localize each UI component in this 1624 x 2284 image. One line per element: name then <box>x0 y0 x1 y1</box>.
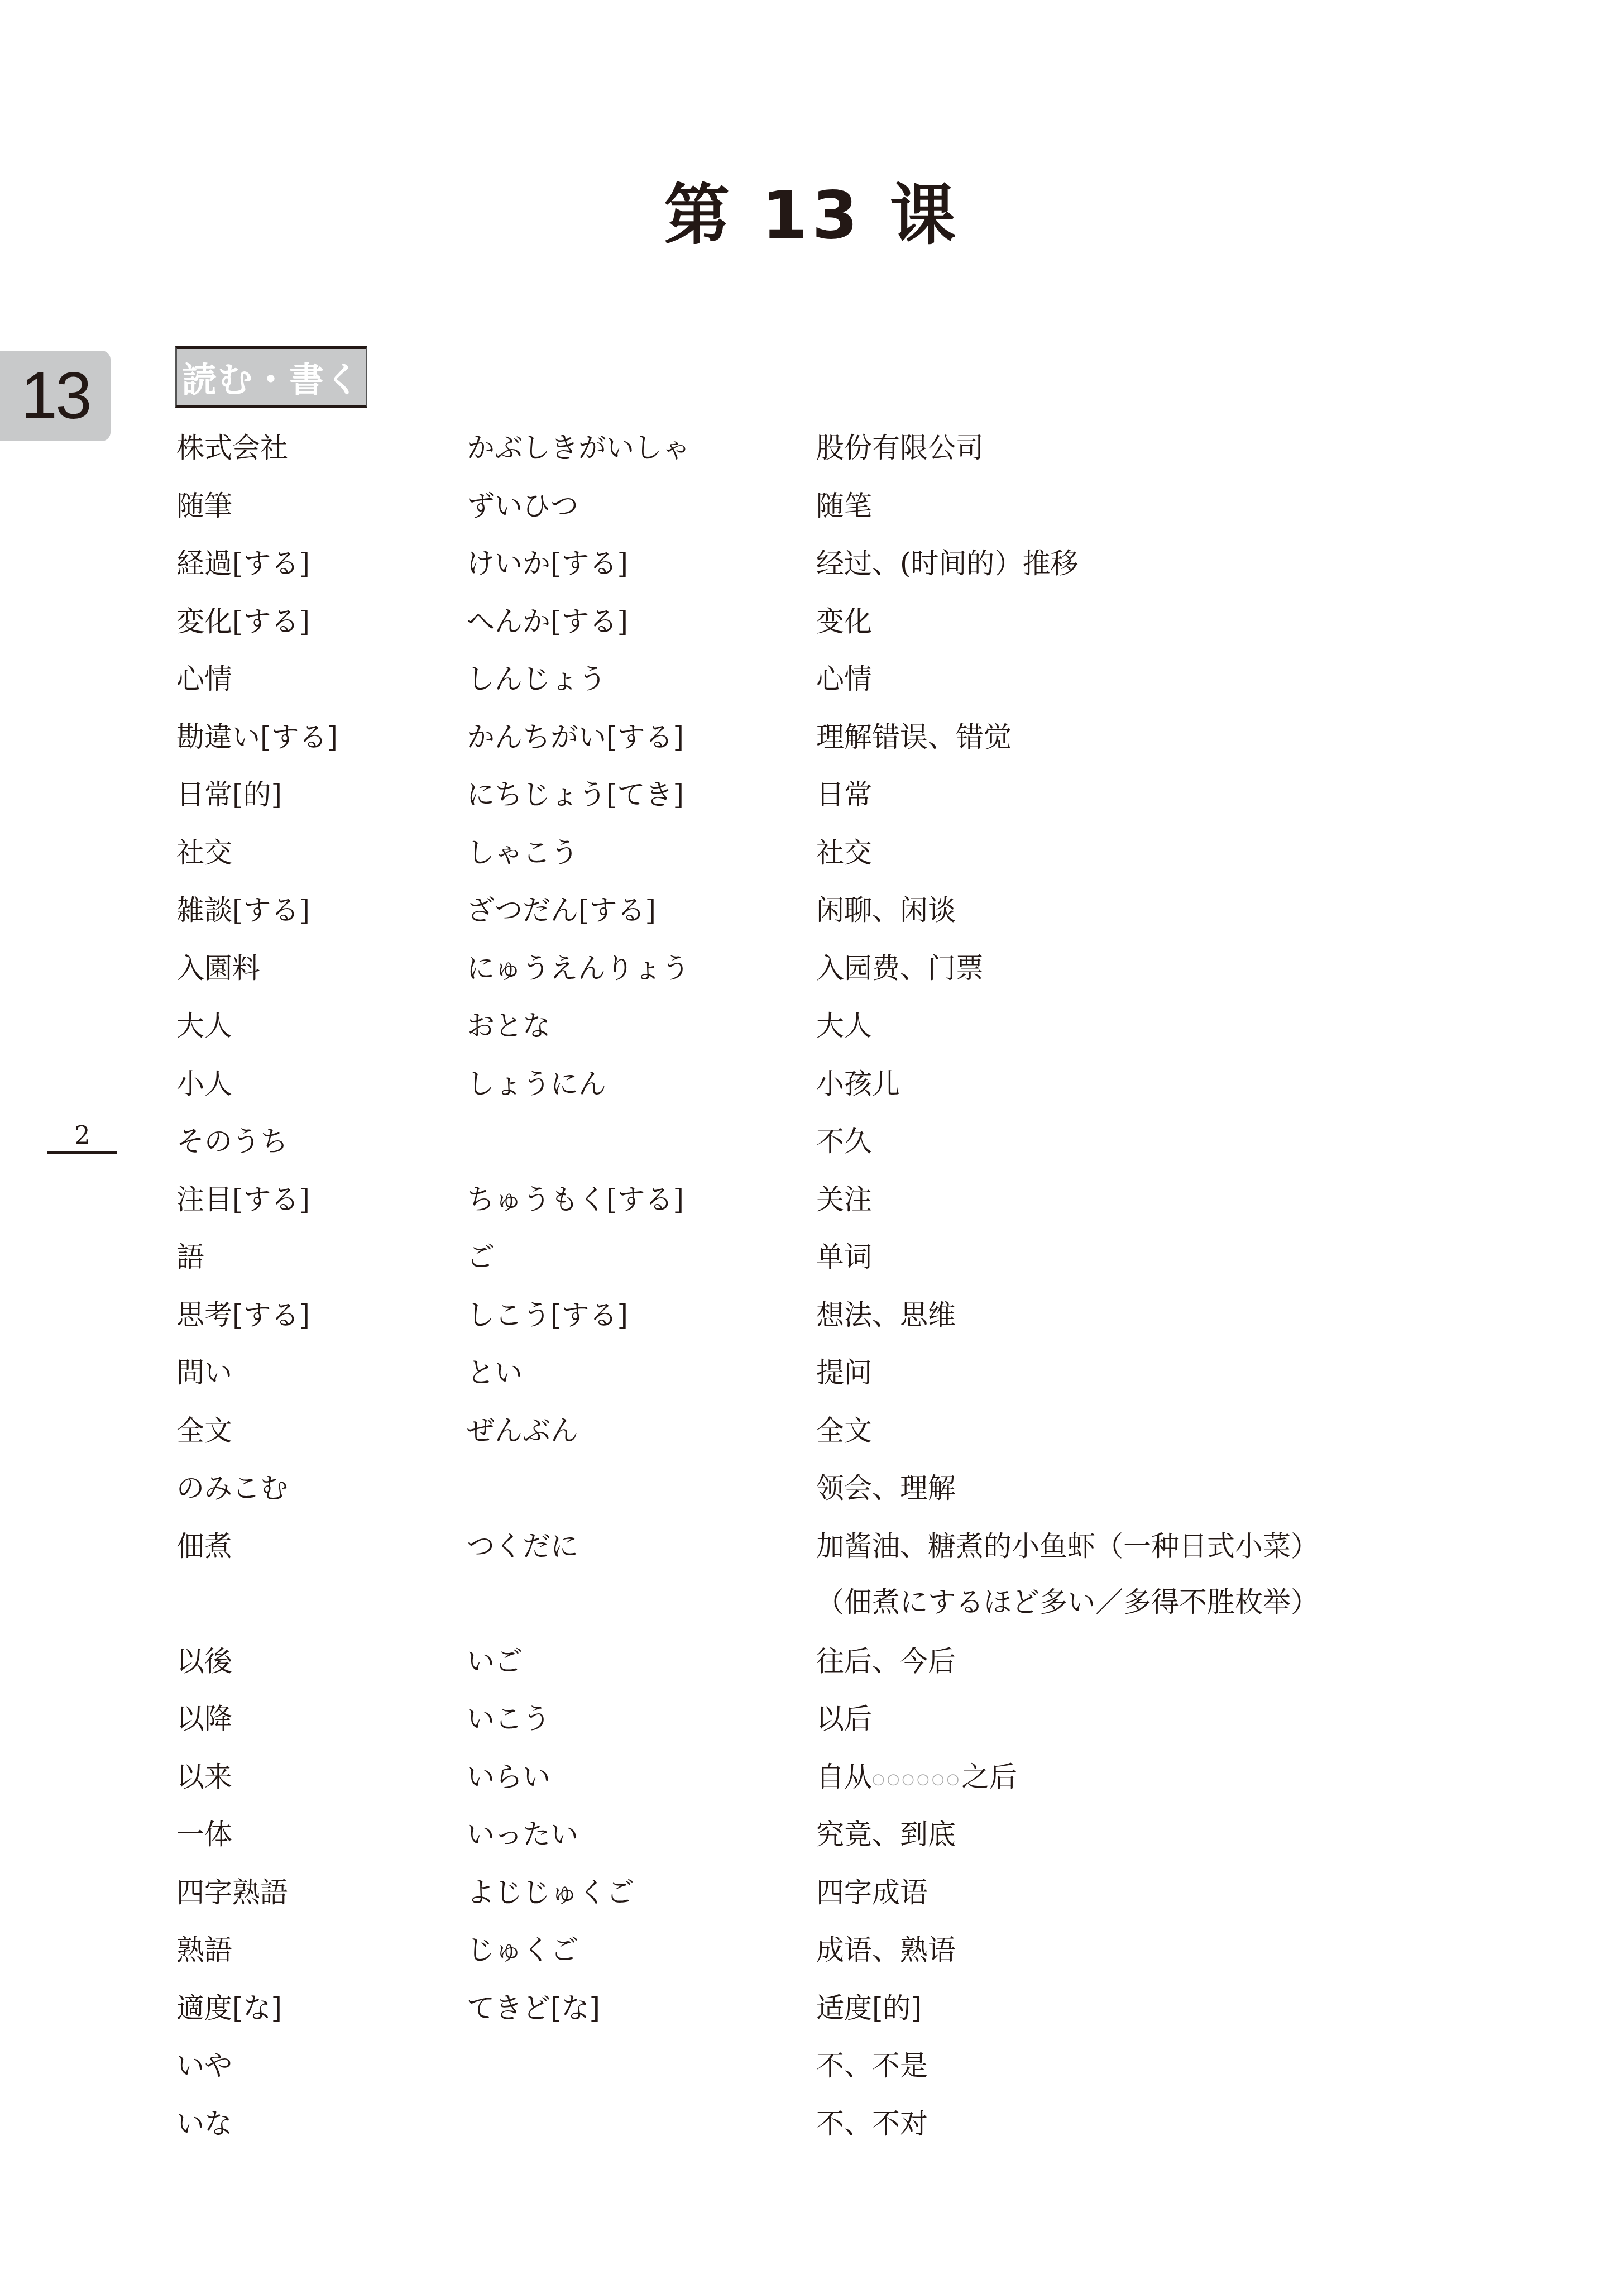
vocab-reading: とい <box>467 1349 523 1396</box>
vocab-row: 変化[する]へんか[する]变化 <box>0 598 1624 656</box>
vocab-word: 小人 <box>176 1060 232 1107</box>
vocab-word: 日常[的] <box>176 771 282 818</box>
vocab-meaning: 加酱油、糖煮的小鱼虾（一种日式小菜）（佃煮にするほど多い／多得不胜枚举） <box>816 1523 1319 1626</box>
vocab-row: 勘違い[する]かんちがい[する]理解错误、错觉 <box>0 714 1624 772</box>
vocab-reading: てきど[な] <box>467 1985 600 2032</box>
vocab-word: 勘違い[する] <box>176 714 338 761</box>
vocab-reading: ずいひつ <box>467 482 578 529</box>
vocab-row: いや不、不是 <box>0 2042 1624 2100</box>
vocab-meaning: 四字成语 <box>816 1869 928 1916</box>
vocab-meaning: 不、不对 <box>816 2100 928 2147</box>
vocab-row: 以降いこう以后 <box>0 1695 1624 1753</box>
vocab-meaning: 想法、思维 <box>816 1292 956 1339</box>
vocab-reading: ちゅうもく[する] <box>467 1176 684 1223</box>
vocab-word: 佃煮 <box>176 1523 232 1570</box>
vocab-meaning-line1: 加酱油、糖煮的小鱼虾（一种日式小菜） <box>816 1530 1319 1563</box>
vocab-reading: いご <box>467 1638 523 1685</box>
vocab-row: 随筆ずいひつ随笔 <box>0 482 1624 541</box>
vocab-row: 大人おとな大人 <box>0 1002 1624 1060</box>
vocab-row: 佃煮つくだに加酱油、糖煮的小鱼虾（一种日式小菜）（佃煮にするほど多い／多得不胜枚… <box>0 1523 1624 1638</box>
vocabulary-list: 株式会社かぶしきがいしゃ股份有限公司 随筆ずいひつ随笔 経過[する]けいか[する… <box>0 424 1624 2158</box>
vocab-word: 注目[する] <box>176 1176 310 1223</box>
vocab-word: 適度[な] <box>176 1985 282 2032</box>
vocab-row: 以後いご往后、今后 <box>0 1638 1624 1696</box>
vocab-reading: しょうにん <box>467 1060 606 1107</box>
lesson-title: 第 13 课 <box>0 162 1624 257</box>
vocab-meaning: 往后、今后 <box>816 1638 956 1685</box>
vocab-meaning: 经过、(时间的）推移 <box>816 540 1079 587</box>
vocab-row: 熟語じゅくご成语、熟语 <box>0 1927 1624 1985</box>
vocab-meaning: 理解错误、错觉 <box>816 714 1012 761</box>
vocab-row: 心情しんじょう心情 <box>0 656 1624 714</box>
vocab-word: 変化[する] <box>176 598 310 645</box>
vocab-word: 社交 <box>176 829 232 876</box>
vocab-meaning: 究竟、到底 <box>816 1811 956 1858</box>
vocab-word: 大人 <box>176 1002 232 1049</box>
vocab-meaning: 股份有限公司 <box>816 424 984 471</box>
vocab-row: 以来いらい自从○○○○○○之后 <box>0 1753 1624 1812</box>
vocab-meaning-note: （佃煮にするほど多い／多得不胜枚举） <box>816 1579 1319 1626</box>
vocab-word: 以降 <box>176 1695 232 1742</box>
vocab-meaning-part-a: 自从 <box>816 1761 872 1793</box>
vocab-row: 思考[する]しこう[する]想法、思维 <box>0 1292 1624 1350</box>
vocab-row: 適度[な]てきど[な]适度[的] <box>0 1985 1624 2043</box>
vocab-word: 入園料 <box>176 945 260 992</box>
vocab-row: 小人しょうにん小孩儿 <box>0 1060 1624 1119</box>
vocab-row: 株式会社かぶしきがいしゃ股份有限公司 <box>0 424 1624 482</box>
vocab-row: 問いとい提问 <box>0 1349 1624 1407</box>
vocab-row: 語ご单词 <box>0 1234 1624 1292</box>
vocab-word: 経過[する] <box>176 540 310 587</box>
vocab-word: 一体 <box>176 1811 232 1858</box>
vocab-reading: おとな <box>467 1002 550 1049</box>
vocab-row: 全文ぜんぶん全文 <box>0 1407 1624 1465</box>
vocab-reading: しこう[する] <box>467 1292 628 1339</box>
vocab-word: 以後 <box>176 1638 232 1685</box>
vocab-meaning: 闲聊、闲谈 <box>816 887 956 934</box>
vocab-meaning: 全文 <box>816 1407 872 1454</box>
vocab-row: 注目[する]ちゅうもく[する]关注 <box>0 1176 1624 1234</box>
vocab-word: 四字熟語 <box>176 1869 288 1916</box>
vocab-reading: にちじょう[てき] <box>467 771 684 818</box>
vocab-reading: へんか[する] <box>467 598 628 645</box>
vocab-meaning: 不久 <box>816 1118 872 1165</box>
vocab-meaning: 适度[的] <box>816 1985 922 2032</box>
vocab-meaning: 入园费、门票 <box>816 945 984 992</box>
vocab-row: のみこむ领会、理解 <box>0 1465 1624 1523</box>
vocab-word: のみこむ <box>176 1465 288 1512</box>
vocab-reading: ご <box>467 1234 495 1280</box>
vocab-row: 入園料にゅうえんりょう入园费、门票 <box>0 945 1624 1003</box>
vocab-reading: けいか[する] <box>467 540 628 587</box>
vocab-meaning: 提问 <box>816 1349 872 1396</box>
vocab-reading: じゅくご <box>467 1927 578 1974</box>
vocab-meaning: 关注 <box>816 1176 872 1223</box>
vocab-reading: いったい <box>467 1811 578 1858</box>
vocab-row: 四字熟語よじじゅくご四字成语 <box>0 1869 1624 1927</box>
vocab-row: そのうち不久 <box>0 1118 1624 1176</box>
vocab-word: いな <box>176 2100 232 2147</box>
vocab-meaning: 以后 <box>816 1695 872 1742</box>
vocab-reading: よじじゅくご <box>467 1869 634 1916</box>
vocab-row: 日常[的]にちじょう[てき]日常 <box>0 771 1624 829</box>
vocab-reading: ぜんぶん <box>467 1407 578 1454</box>
vocab-reading: しゃこう <box>467 829 578 876</box>
vocab-row: 社交しゃこう社交 <box>0 829 1624 887</box>
vocab-row: 一体いったい究竟、到底 <box>0 1811 1624 1869</box>
vocab-word: 語 <box>176 1234 204 1280</box>
vocab-row: 経過[する]けいか[する]经过、(时间的）推移 <box>0 540 1624 598</box>
vocab-reading: かんちがい[する] <box>467 714 684 761</box>
vocab-meaning: 领会、理解 <box>816 1465 956 1512</box>
vocab-meaning: 随笔 <box>816 482 872 529</box>
vocab-word: 熟語 <box>176 1927 232 1974</box>
vocab-word: いや <box>176 2042 232 2089</box>
vocab-reading: いらい <box>467 1753 550 1800</box>
vocab-meaning: 单词 <box>816 1234 872 1280</box>
vocab-word: そのうち <box>176 1118 288 1165</box>
vocab-reading: つくだに <box>467 1523 578 1570</box>
ellipsis-dots: ○○○○○○ <box>872 1771 961 1788</box>
vocab-meaning: 自从○○○○○○之后 <box>816 1753 1017 1803</box>
vocab-reading: ざつだん[する] <box>467 887 656 934</box>
vocab-word: 雑談[する] <box>176 887 310 934</box>
vocab-meaning: 大人 <box>816 1002 872 1049</box>
vocab-word: 問い <box>176 1349 232 1396</box>
vocab-meaning-part-b: 之后 <box>961 1761 1017 1793</box>
vocab-meaning: 日常 <box>816 771 872 818</box>
vocab-row: いな不、不对 <box>0 2100 1624 2158</box>
vocab-meaning: 成语、熟语 <box>816 1927 956 1974</box>
vocab-reading: いこう <box>467 1695 550 1742</box>
vocab-word: 全文 <box>176 1407 232 1454</box>
vocab-word: 株式会社 <box>176 424 288 471</box>
vocab-meaning: 小孩儿 <box>816 1060 900 1107</box>
vocab-word: 以来 <box>176 1753 232 1800</box>
vocab-word: 思考[する] <box>176 1292 310 1339</box>
vocab-word: 随筆 <box>176 482 232 529</box>
vocab-row: 雑談[する]ざつだん[する]闲聊、闲谈 <box>0 887 1624 945</box>
section-header-read-write: 読む・書く <box>175 346 367 408</box>
vocab-meaning: 不、不是 <box>816 2042 928 2089</box>
vocab-reading: にゅうえんりょう <box>467 945 689 992</box>
vocab-meaning: 变化 <box>816 598 872 645</box>
vocab-reading: しんじょう <box>467 656 606 703</box>
vocab-word: 心情 <box>176 656 232 703</box>
vocab-reading: かぶしきがいしゃ <box>467 424 690 471</box>
vocab-meaning: 社交 <box>816 829 872 876</box>
vocab-meaning: 心情 <box>816 656 872 703</box>
